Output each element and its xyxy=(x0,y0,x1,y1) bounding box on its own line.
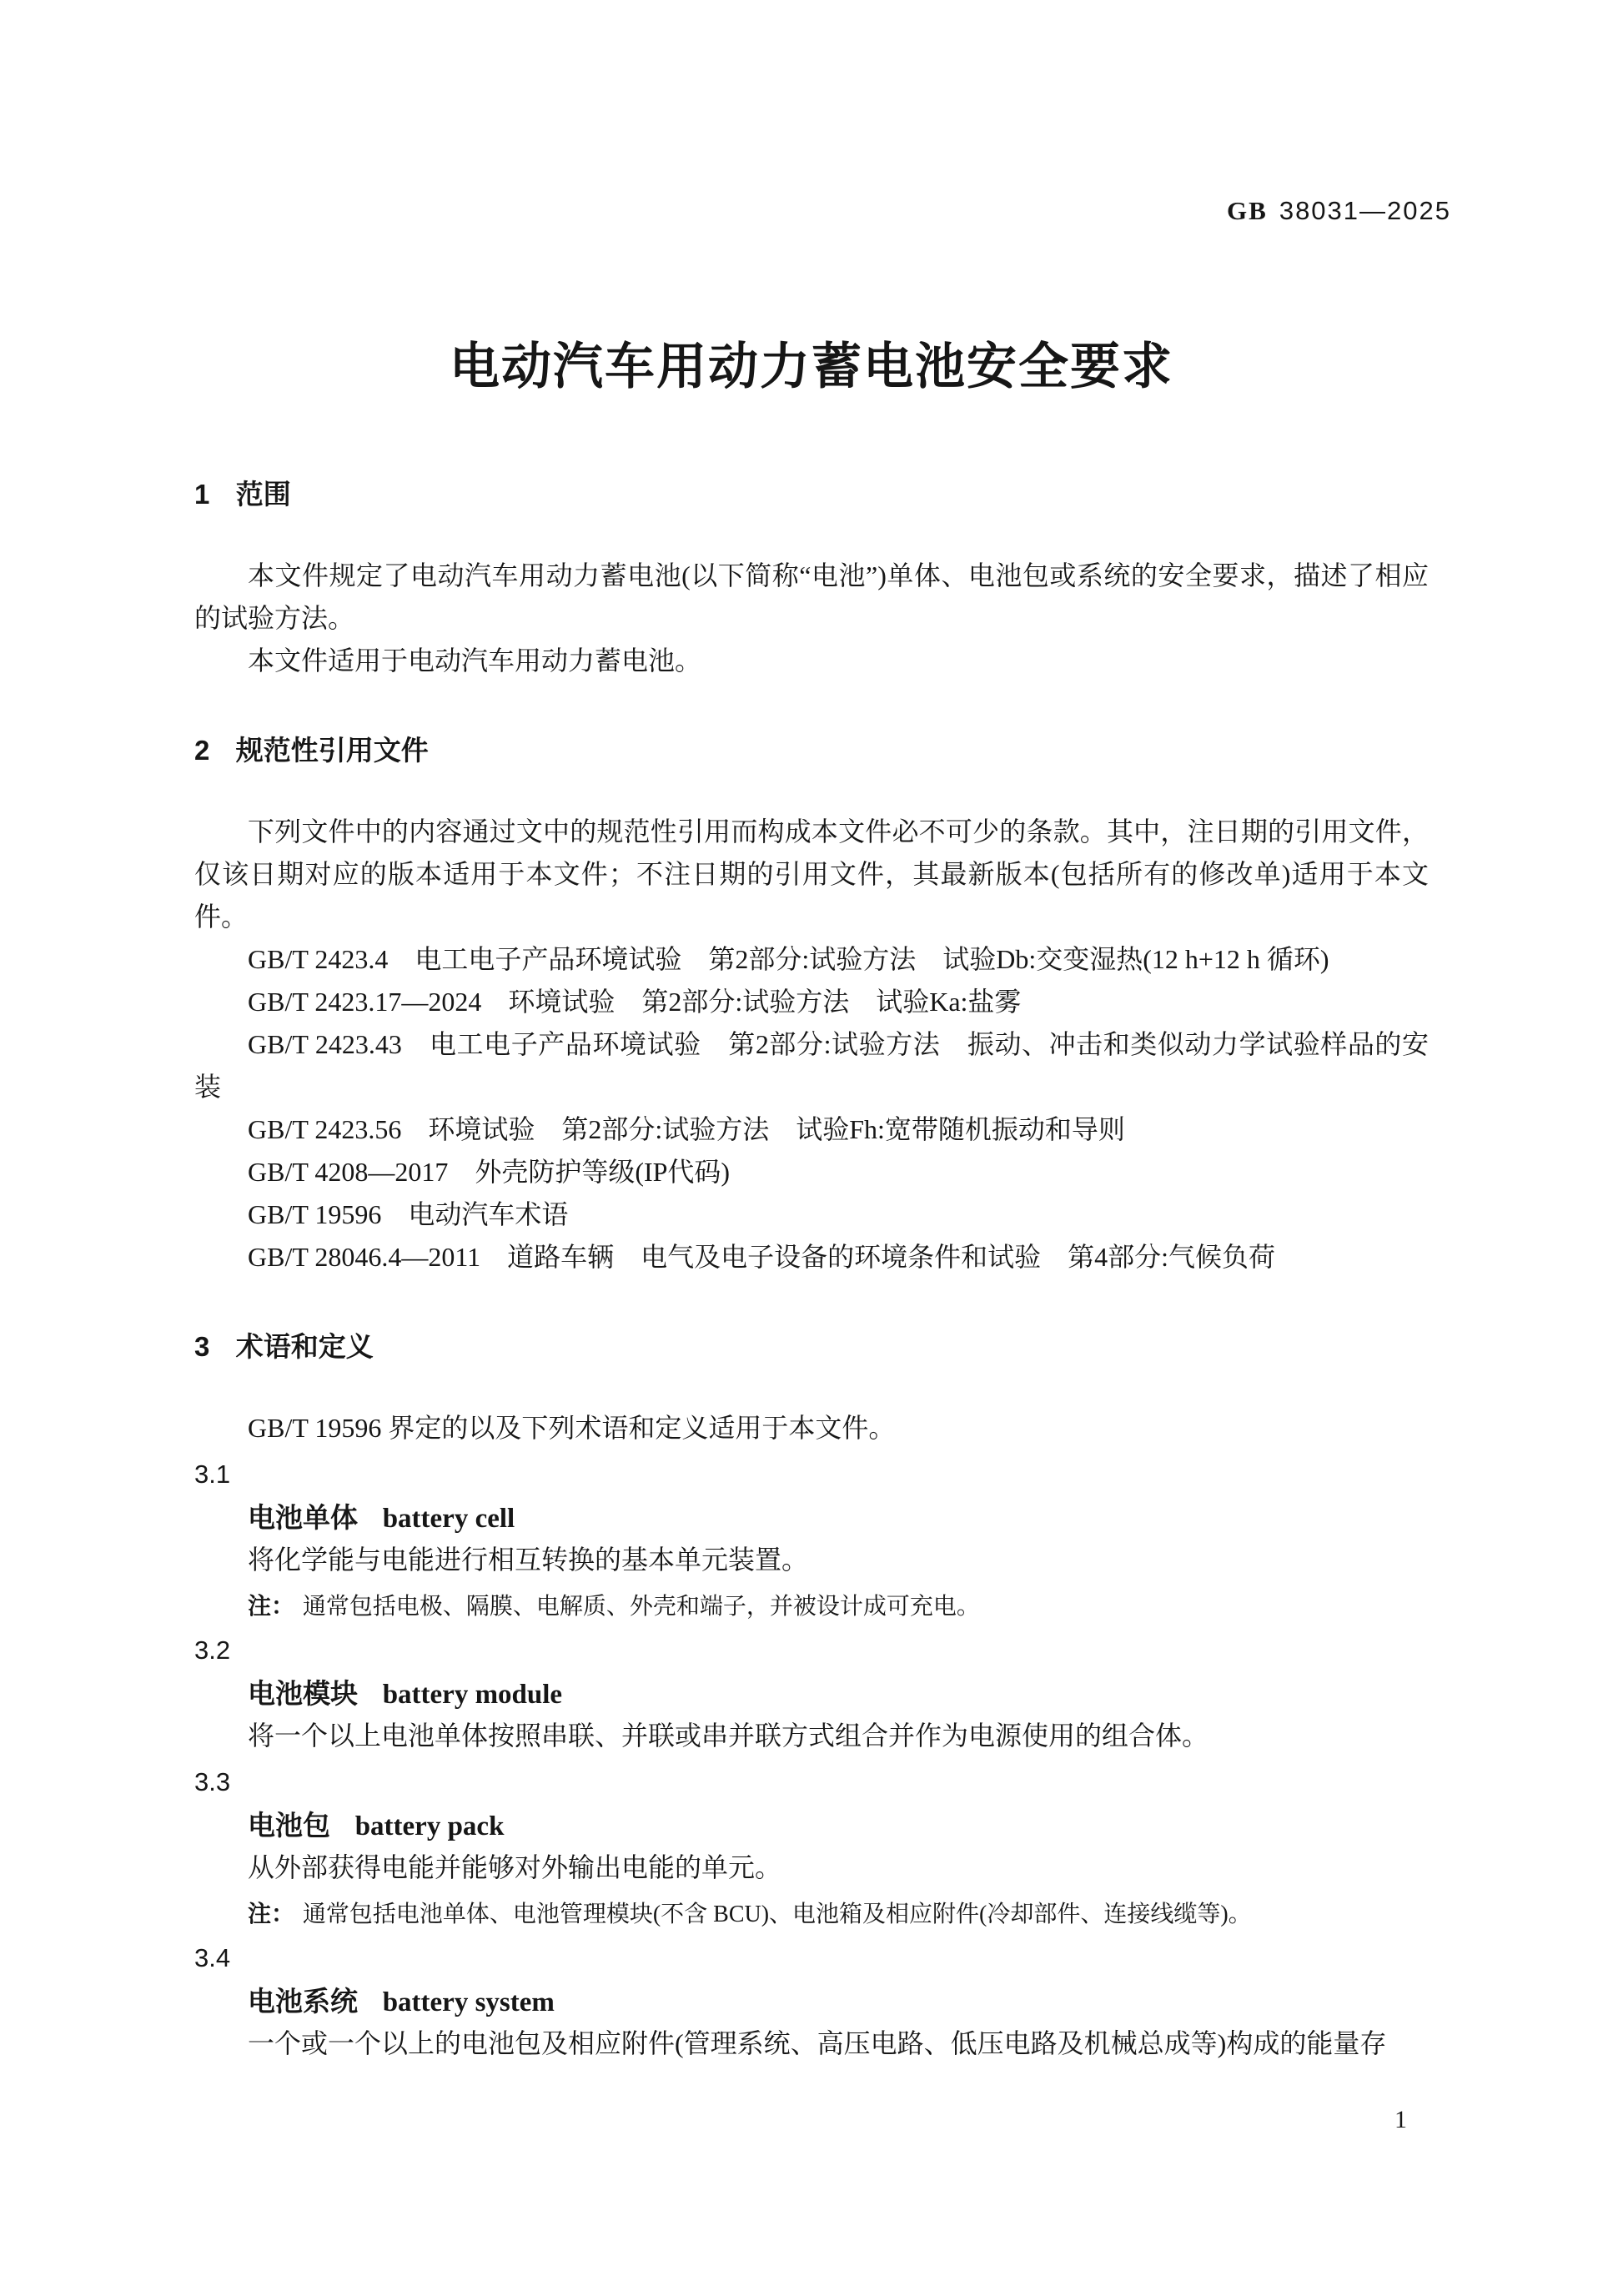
term-name-en: battery pack xyxy=(355,1811,505,1841)
terms-intro: GB/T 19596 界定的以及下列术语和定义适用于本文件。 xyxy=(194,1407,1429,1449)
term-name-zh: 电池系统 xyxy=(248,1986,358,2017)
note-label: 注： xyxy=(248,1901,294,1927)
clause-2-heading: 2规范性引用文件 xyxy=(194,734,1429,767)
term-name: 电池单体battery cell xyxy=(194,1498,1429,1539)
reference-item: GB/T 2423.17—2024 环境试验 第2部分:试验方法 试验Ka:盐雾 xyxy=(194,981,1429,1023)
term-definition: 将一个以上电池单体按照串联、并联或串并联方式组合并作为电源使用的组合体。 xyxy=(194,1715,1429,1757)
document-title: 电动汽车用动力蓄电池安全要求 xyxy=(0,335,1623,399)
term-name-en: battery cell xyxy=(383,1504,515,1534)
clause-3-heading: 3术语和定义 xyxy=(194,1330,1429,1364)
document-body: 1范围 本文件规定了电动汽车用动力蓄电池(以下简称“电池”)单体、电池包或系统的… xyxy=(194,478,1429,2065)
reference-item: GB/T 28046.4—2011 道路车辆 电气及电子设备的环境条件和试验 第… xyxy=(194,1236,1429,1279)
standard-code-prefix: GB xyxy=(1227,196,1268,225)
term-number: 3.3 xyxy=(194,1766,1429,1799)
reference-item: GB/T 2423.43 电工电子产品环境试验 第2部分:试验方法 振动、冲击和… xyxy=(194,1023,1429,1108)
clause-2-title: 规范性引用文件 xyxy=(236,735,429,766)
term-number: 3.4 xyxy=(194,1942,1429,1975)
page-number: 1 xyxy=(1394,2105,1407,2135)
term-definition: 从外部获得电能并能够对外输出电能的单元。 xyxy=(194,1846,1429,1889)
clause-2-number: 2 xyxy=(194,735,209,766)
scope-paragraph: 本文件适用于电动汽车用动力蓄电池。 xyxy=(194,640,1429,682)
clause-3-number: 3 xyxy=(194,1331,209,1362)
scope-paragraph: 本文件规定了电动汽车用动力蓄电池(以下简称“电池”)单体、电池包或系统的安全要求… xyxy=(194,555,1429,640)
term-definition: 将化学能与电能进行相互转换的基本单元装置。 xyxy=(194,1539,1429,1581)
reference-item: GB/T 2423.56 环境试验 第2部分:试验方法 试验Fh:宽带随机振动和… xyxy=(194,1108,1429,1151)
note-text: 通常包括电极、隔膜、电解质、外壳和端子，并被设计成可充电。 xyxy=(303,1594,980,1620)
clause-1-title: 范围 xyxy=(236,479,291,510)
term-name: 电池模块battery module xyxy=(194,1674,1429,1715)
reference-item: GB/T 2423.4 电工电子产品环境试验 第2部分:试验方法 试验Db:交变… xyxy=(194,938,1429,981)
reference-item: GB/T 4208—2017 外壳防护等级(IP代码) xyxy=(194,1151,1429,1193)
standard-code-number: 38031—2025 xyxy=(1279,196,1451,225)
document-page: GB38031—2025 电动汽车用动力蓄电池安全要求 1范围 本文件规定了电动… xyxy=(0,0,1623,2296)
term-name-zh: 电池包 xyxy=(248,1810,330,1841)
note-text: 通常包括电池单体、电池管理模块(不含 BCU)、电池箱及相应附件(冷却部件、连接… xyxy=(303,1902,1252,1927)
reference-item: GB/T 19596 电动汽车术语 xyxy=(194,1193,1429,1236)
normative-references-intro: 下列文件中的内容通过文中的规范性引用而构成本文件必不可少的条款。其中，注日期的引… xyxy=(194,811,1429,938)
term-definition: 一个或一个以上的电池包及相应附件(管理系统、高压电路、低压电路及机械总成等)构成… xyxy=(194,2022,1429,2065)
term-name: 电池系统battery system xyxy=(194,1982,1429,2022)
term-number: 3.1 xyxy=(194,1458,1429,1491)
clause-1-number: 1 xyxy=(194,479,209,510)
term-note: 注：通常包括电极、隔膜、电解质、外壳和端子，并被设计成可充电。 xyxy=(194,1588,1429,1625)
note-label: 注： xyxy=(248,1593,294,1619)
term-number: 3.2 xyxy=(194,1634,1429,1667)
clause-1-heading: 1范围 xyxy=(194,478,1429,511)
term-name-en: battery module xyxy=(383,1680,562,1710)
clause-3-title: 术语和定义 xyxy=(236,1331,374,1362)
standard-code: GB38031—2025 xyxy=(1227,195,1451,227)
term-note: 注：通常包括电池单体、电池管理模块(不含 BCU)、电池箱及相应附件(冷却部件、… xyxy=(194,1896,1429,1933)
term-name-en: battery system xyxy=(383,1987,555,2017)
term-name: 电池包battery pack xyxy=(194,1806,1429,1846)
term-name-zh: 电池模块 xyxy=(248,1678,358,1709)
term-name-zh: 电池单体 xyxy=(248,1502,358,1533)
